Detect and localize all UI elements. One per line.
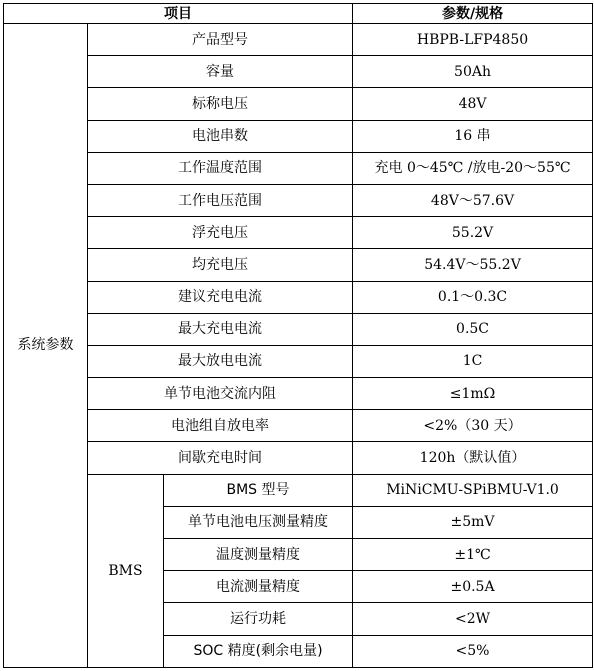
table-row: 标称电压 48V xyxy=(4,88,593,120)
row-item: 电池串数 xyxy=(88,120,353,152)
row-value: 48V～57.6V xyxy=(353,184,593,216)
row-value: 16 串 xyxy=(353,120,593,152)
table-row: 最大充电电流 0.5C xyxy=(4,313,593,345)
table-row: 单节电池交流内阻 ≤1mΩ xyxy=(4,378,593,410)
row-value: <2W xyxy=(353,603,593,635)
table-row: 容量 50Ah xyxy=(4,56,593,88)
row-value: 1C xyxy=(353,345,593,377)
row-value: <5% xyxy=(353,635,593,667)
row-value: 充电 0～45℃ /放电-20～55℃ xyxy=(353,152,593,184)
row-item: 温度测量精度 xyxy=(164,539,353,571)
row-value: ±1℃ xyxy=(353,539,593,571)
table-row: 电池组自放电率 <2%（30 天） xyxy=(4,410,593,442)
row-value: ±0.5A xyxy=(353,571,593,603)
row-value: 54.4V～55.2V xyxy=(353,249,593,281)
table-row: 浮充电压 55.2V xyxy=(4,217,593,249)
group-label-bms: BMS xyxy=(88,474,164,667)
row-value: 55.2V xyxy=(353,217,593,249)
row-item: 最大放电电流 xyxy=(88,345,353,377)
header-row: 项目 参数/规格 xyxy=(4,4,593,24)
row-value: HBPB-LFP4850 xyxy=(353,24,593,56)
table-row: 工作温度范围 充电 0～45℃ /放电-20～55℃ xyxy=(4,152,593,184)
row-item: 电流测量精度 xyxy=(164,571,353,603)
row-item: 均充电压 xyxy=(88,249,353,281)
group-label-system: 系统参数 xyxy=(4,24,88,668)
row-item: 建议充电电流 xyxy=(88,281,353,313)
row-item: 浮充电压 xyxy=(88,217,353,249)
row-item: 单节电池交流内阻 xyxy=(88,378,353,410)
row-item: SOC 精度(剩余电量) xyxy=(164,635,353,667)
row-value: 50Ah xyxy=(353,56,593,88)
row-value: 0.1～0.3C xyxy=(353,281,593,313)
row-item: 工作电压范围 xyxy=(88,184,353,216)
row-value: ±5mV xyxy=(353,506,593,538)
row-value: ≤1mΩ xyxy=(353,378,593,410)
row-item: 工作温度范围 xyxy=(88,152,353,184)
table-row: 均充电压 54.4V～55.2V xyxy=(4,249,593,281)
row-item: 标称电压 xyxy=(88,88,353,120)
row-item: BMS 型号 xyxy=(164,474,353,506)
table-row: 间歇充电时间 120h（默认值） xyxy=(4,442,593,474)
row-item: 间歇充电时间 xyxy=(88,442,353,474)
row-item: 电池组自放电率 xyxy=(88,410,353,442)
row-item: 运行功耗 xyxy=(164,603,353,635)
table-row: 最大放电电流 1C xyxy=(4,345,593,377)
row-item: 产品型号 xyxy=(88,24,353,56)
row-item: 容量 xyxy=(88,56,353,88)
row-value: MiNiCMU-SPiBMU-V1.0 xyxy=(353,474,593,506)
table-row: BMS BMS 型号 MiNiCMU-SPiBMU-V1.0 xyxy=(4,474,593,506)
table-row: 电池串数 16 串 xyxy=(4,120,593,152)
table-row: 系统参数 产品型号 HBPB-LFP4850 xyxy=(4,24,593,56)
header-spec: 参数/规格 xyxy=(353,4,593,24)
row-value: 0.5C xyxy=(353,313,593,345)
header-item: 项目 xyxy=(4,4,353,24)
row-value: 48V xyxy=(353,88,593,120)
row-item: 最大充电电流 xyxy=(88,313,353,345)
row-item: 单节电池电压测量精度 xyxy=(164,506,353,538)
row-value: 120h（默认值） xyxy=(353,442,593,474)
table-row: 工作电压范围 48V～57.6V xyxy=(4,184,593,216)
table-row: 建议充电电流 0.1～0.3C xyxy=(4,281,593,313)
row-value: <2%（30 天） xyxy=(353,410,593,442)
spec-table: 项目 参数/规格 系统参数 产品型号 HBPB-LFP4850 容量 50Ah … xyxy=(3,3,593,668)
